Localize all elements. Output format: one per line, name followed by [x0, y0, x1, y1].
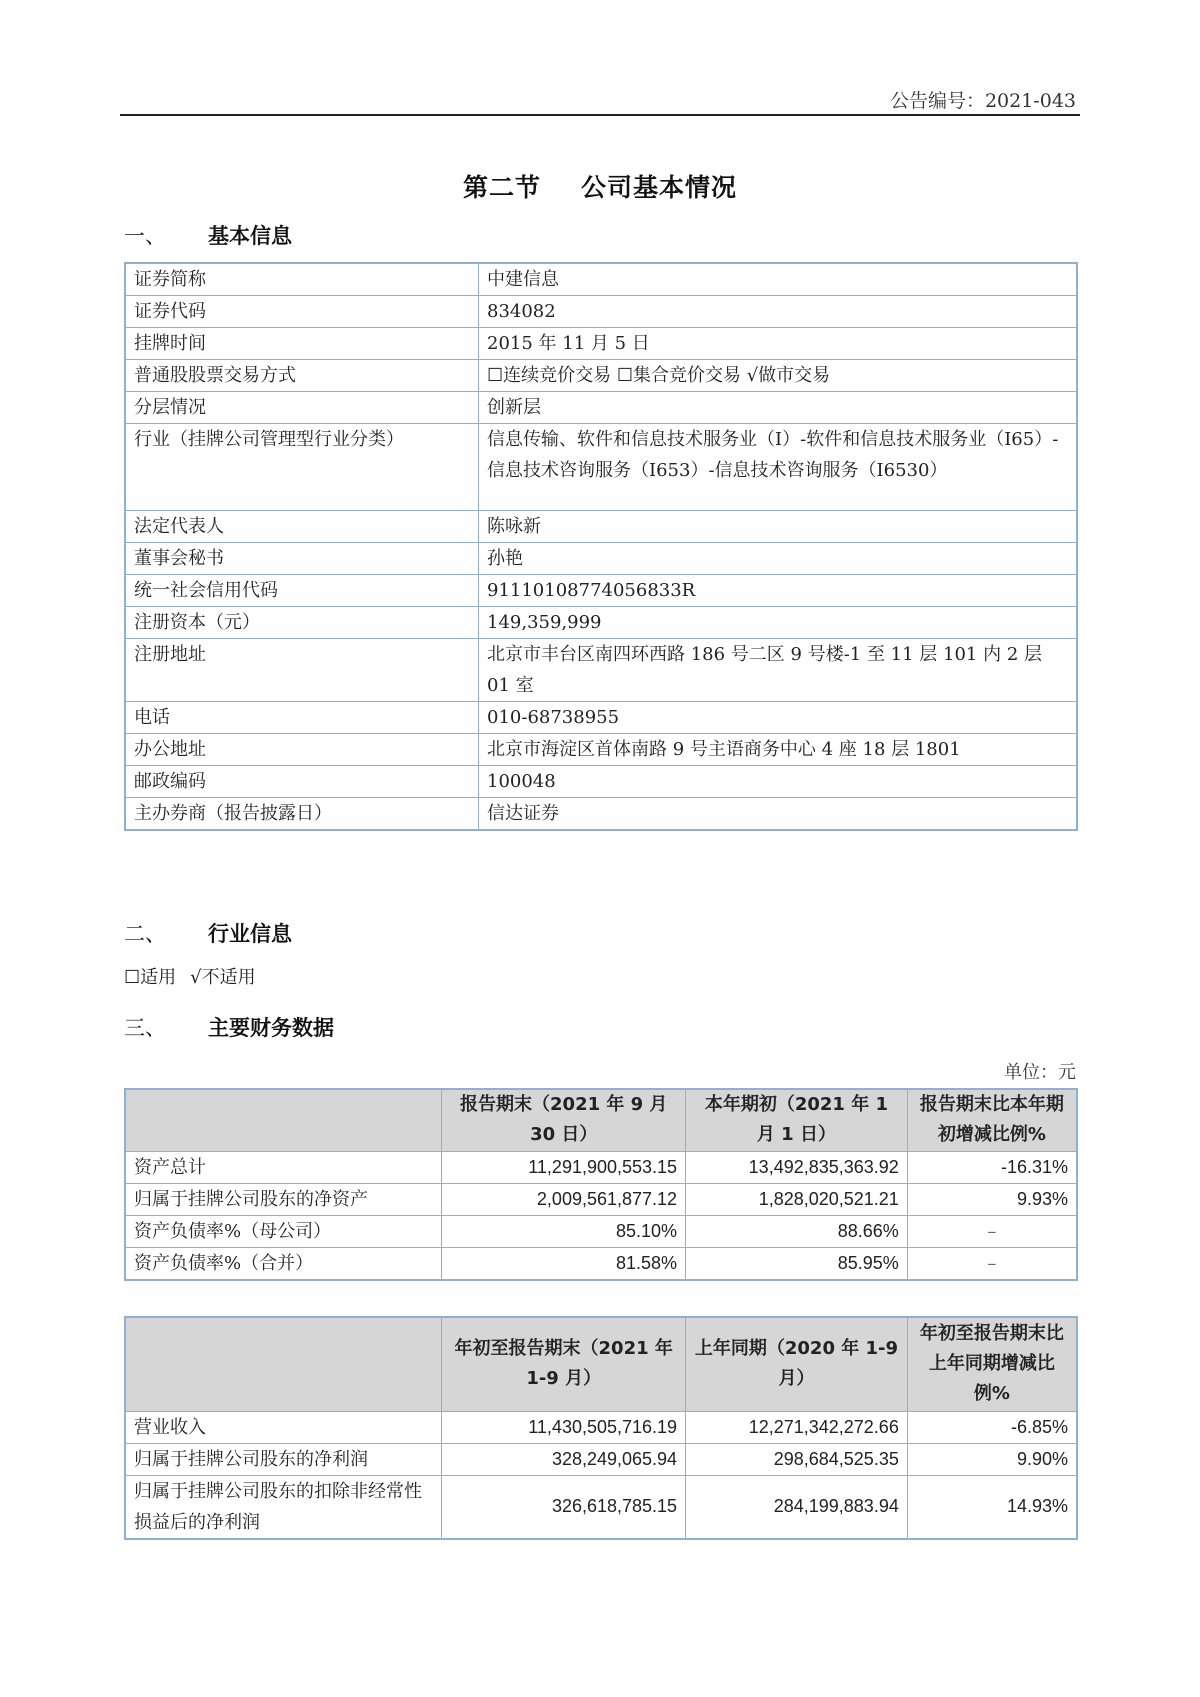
table-row: 证券简称中建信息 — [125, 263, 1077, 296]
section-heading-basic-info: 一、基本信息 — [124, 220, 292, 250]
row-key: 注册地址 — [125, 639, 479, 702]
row-label: 归属于挂牌公司股东的扣除非经常性损益后的净利润 — [125, 1475, 442, 1539]
table-row: 邮政编码100048 — [125, 766, 1077, 798]
section-number: 一、 — [124, 220, 208, 250]
cell-value: 85.10% — [442, 1215, 686, 1247]
row-key: 分层情况 — [125, 392, 479, 424]
income-statement-table: 年初至报告期末（2021 年 1-9 月） 上年同期（2020 年 1-9 月）… — [124, 1316, 1078, 1540]
row-key: 办公地址 — [125, 734, 479, 766]
cell-value: 81.58% — [442, 1247, 686, 1280]
cell-value: 326,618,785.15 — [442, 1475, 686, 1539]
table-row: 资产负债率%（合并） 81.58% 85.95% – — [125, 1247, 1077, 1280]
cell-value: 11,430,505,716.19 — [442, 1411, 686, 1443]
row-value: 陈咏新 — [479, 511, 1078, 543]
cell-value: 88.66% — [686, 1215, 908, 1247]
row-value: 信达证券 — [479, 798, 1078, 831]
column-header: 报告期末（2021 年 9 月 30 日） — [442, 1089, 686, 1151]
row-value: 创新层 — [479, 392, 1078, 424]
row-key: 法定代表人 — [125, 511, 479, 543]
cell-change: 14.93% — [907, 1475, 1077, 1539]
table-row: 证券代码834082 — [125, 296, 1077, 328]
applicability-options: ☐适用√不适用 — [124, 963, 270, 989]
row-key: 邮政编码 — [125, 766, 479, 798]
table-row: 普通股股票交易方式☐连续竞价交易 ☐集合竞价交易 √做市交易 — [125, 360, 1077, 392]
table-row: 资产总计 11,291,900,553.15 13,492,835,363.92… — [125, 1151, 1077, 1183]
row-key: 统一社会信用代码 — [125, 575, 479, 607]
trading-method-value: ☐连续竞价交易 ☐集合竞价交易 √做市交易 — [479, 360, 1078, 392]
cell-change: 9.93% — [907, 1183, 1077, 1215]
row-value: 2015 年 11 月 5 日 — [479, 328, 1078, 360]
column-header: 年初至报告期末（2021 年 1-9 月） — [442, 1317, 686, 1411]
row-key: 董事会秘书 — [125, 543, 479, 575]
row-key: 普通股股票交易方式 — [125, 360, 479, 392]
cell-change: -6.85% — [907, 1411, 1077, 1443]
chapter-name: 公司基本情况 — [581, 173, 737, 202]
section-heading-financial-data: 三、主要财务数据 — [124, 1012, 334, 1042]
cell-value: 298,684,525.35 — [686, 1443, 908, 1475]
row-key: 电话 — [125, 702, 479, 734]
applicable-option: ☐适用 — [124, 963, 176, 989]
cell-change: – — [907, 1215, 1077, 1247]
table-row: 分层情况创新层 — [125, 392, 1077, 424]
row-label: 资产总计 — [125, 1151, 442, 1183]
section-title: 基本信息 — [208, 224, 292, 248]
cell-change: -16.31% — [907, 1151, 1077, 1183]
row-value: 010-68738955 — [479, 702, 1078, 734]
unit-label: 单位：元 — [1004, 1058, 1076, 1084]
row-label: 营业收入 — [125, 1411, 442, 1443]
row-label: 归属于挂牌公司股东的净利润 — [125, 1443, 442, 1475]
row-value: 149,359,999 — [479, 607, 1078, 639]
column-header — [125, 1317, 442, 1411]
row-value: 孙艳 — [479, 543, 1078, 575]
row-key: 注册资本（元） — [125, 607, 479, 639]
table-row: 归属于挂牌公司股东的净资产 2,009,561,877.12 1,828,020… — [125, 1183, 1077, 1215]
section-title: 主要财务数据 — [208, 1016, 334, 1040]
announcement-number: 公告编号：2021-043 — [890, 86, 1076, 113]
table-row: 营业收入 11,430,505,716.19 12,271,342,272.66… — [125, 1411, 1077, 1443]
table-row: 归属于挂牌公司股东的净利润 328,249,065.94 298,684,525… — [125, 1443, 1077, 1475]
table-row: 统一社会信用代码91110108774056833R — [125, 575, 1077, 607]
cell-value: 2,009,561,877.12 — [442, 1183, 686, 1215]
table-row: 法定代表人陈咏新 — [125, 511, 1077, 543]
row-label: 资产负债率%（母公司） — [125, 1215, 442, 1247]
table-header-row: 报告期末（2021 年 9 月 30 日） 本年期初（2021 年 1 月 1 … — [125, 1089, 1077, 1151]
cell-value: 1,828,020,521.21 — [686, 1183, 908, 1215]
row-key: 证券代码 — [125, 296, 479, 328]
row-value: 北京市海淀区首体南路 9 号主语商务中心 4 座 18 层 1801 — [479, 734, 1078, 766]
row-key: 挂牌时间 — [125, 328, 479, 360]
table-row: 行业（挂牌公司管理型行业分类）信息传输、软件和信息技术服务业（I）-软件和信息技… — [125, 424, 1077, 511]
table-row: 注册资本（元）149,359,999 — [125, 607, 1077, 639]
cell-value: 11,291,900,553.15 — [442, 1151, 686, 1183]
table-row: 资产负债率%（母公司） 85.10% 88.66% – — [125, 1215, 1077, 1247]
table-row: 主办券商（报告披露日）信达证券 — [125, 798, 1077, 831]
column-header — [125, 1089, 442, 1151]
section-number: 三、 — [124, 1012, 208, 1042]
row-label: 资产负债率%（合并） — [125, 1247, 442, 1280]
cell-change: – — [907, 1247, 1077, 1280]
table-row: 注册地址北京市丰台区南四环西路 186 号二区 9 号楼-1 至 11 层 10… — [125, 639, 1077, 702]
column-header: 年初至报告期末比上年同期增减比例% — [907, 1317, 1077, 1411]
row-value: 91110108774056833R — [479, 575, 1078, 607]
balance-sheet-table: 报告期末（2021 年 9 月 30 日） 本年期初（2021 年 1 月 1 … — [124, 1088, 1078, 1281]
cell-value: 85.95% — [686, 1247, 908, 1280]
table-header-row: 年初至报告期末（2021 年 1-9 月） 上年同期（2020 年 1-9 月）… — [125, 1317, 1077, 1411]
chapter-title: 第二节公司基本情况 — [0, 168, 1200, 204]
section-heading-industry-info: 二、行业信息 — [124, 918, 292, 948]
table-row: 挂牌时间2015 年 11 月 5 日 — [125, 328, 1077, 360]
cell-value: 13,492,835,363.92 — [686, 1151, 908, 1183]
row-key: 行业（挂牌公司管理型行业分类） — [125, 424, 479, 511]
column-header: 报告期末比本年期初增减比例% — [907, 1089, 1077, 1151]
section-title: 行业信息 — [208, 922, 292, 946]
basic-info-table: 证券简称中建信息 证券代码834082 挂牌时间2015 年 11 月 5 日 … — [124, 262, 1078, 831]
cell-change: 9.90% — [907, 1443, 1077, 1475]
column-header: 本年期初（2021 年 1 月 1 日） — [686, 1089, 908, 1151]
row-key: 证券简称 — [125, 263, 479, 296]
registered-address-value: 北京市丰台区南四环西路 186 号二区 9 号楼-1 至 11 层 101 内 … — [479, 639, 1078, 702]
row-key: 主办券商（报告披露日） — [125, 798, 479, 831]
section-number: 二、 — [124, 918, 208, 948]
table-row: 电话010-68738955 — [125, 702, 1077, 734]
table-row: 办公地址北京市海淀区首体南路 9 号主语商务中心 4 座 18 层 1801 — [125, 734, 1077, 766]
row-value: 中建信息 — [479, 263, 1078, 296]
not-applicable-option: √不适用 — [190, 963, 255, 989]
row-value: 100048 — [479, 766, 1078, 798]
cell-value: 284,199,883.94 — [686, 1475, 908, 1539]
table-row: 归属于挂牌公司股东的扣除非经常性损益后的净利润 326,618,785.15 2… — [125, 1475, 1077, 1539]
row-value: 834082 — [479, 296, 1078, 328]
cell-value: 12,271,342,272.66 — [686, 1411, 908, 1443]
row-label: 归属于挂牌公司股东的净资产 — [125, 1183, 442, 1215]
table-row: 董事会秘书孙艳 — [125, 543, 1077, 575]
cell-value: 328,249,065.94 — [442, 1443, 686, 1475]
header-divider — [120, 114, 1080, 116]
chapter-number: 第二节 — [463, 173, 541, 202]
column-header: 上年同期（2020 年 1-9 月） — [686, 1317, 908, 1411]
industry-value: 信息传输、软件和信息技术服务业（I）-软件和信息技术服务业（I65）-信息技术咨… — [479, 424, 1078, 511]
